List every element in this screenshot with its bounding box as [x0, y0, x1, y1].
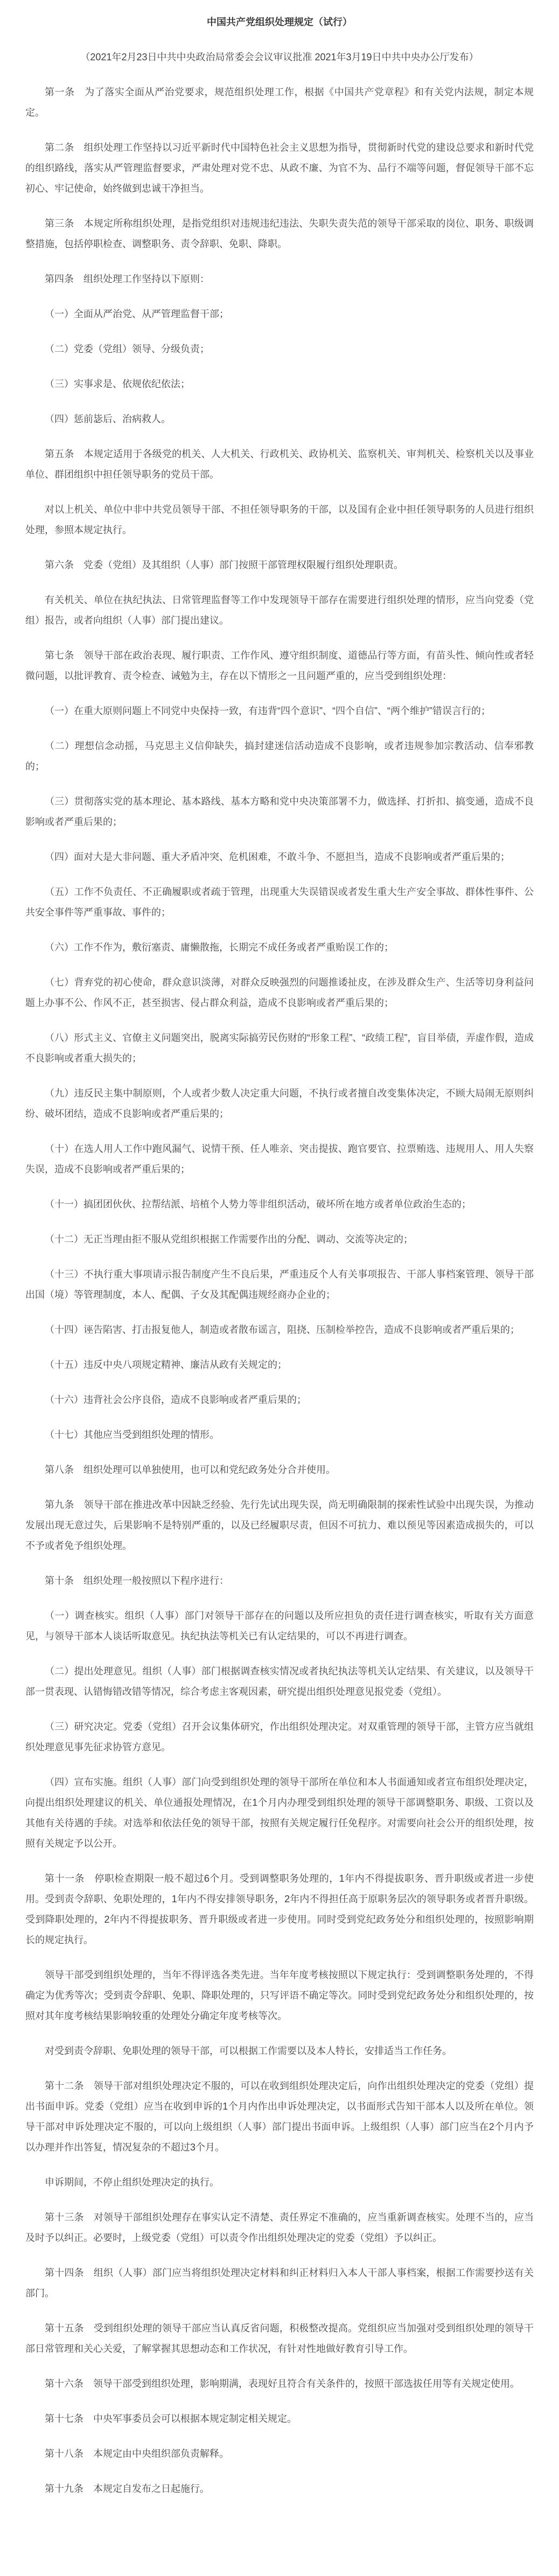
article-7-item-5: （五）工作不负责任、不正确履职或者疏于管理，出现重大失误错误或者发生重大生产安全…: [25, 882, 534, 923]
document-issuance: （2021年2月23日中共中央政治局常委会会议审议批准 2021年3月19日中共…: [25, 47, 534, 67]
article-1: 第一条 为了落实全面从严治党要求，规范组织处理工作，根据《中国共产党章程》和有关…: [25, 82, 534, 123]
article-4-item-3: （三）实事求是、依规依纪依法；: [25, 374, 534, 394]
article-18: 第十八条 本规定由中央组织部负责解释。: [25, 2444, 534, 2464]
article-5-paragraph-2: 对以上机关、单位中非中共党员领导干部、不担任领导职务的干部，以及国有企业中担任领…: [25, 499, 534, 540]
article-7-item-12: （十二）无正当理由拒不服从党组织根据工作需要作出的分配、调动、交流等决定的；: [25, 1229, 534, 1249]
article-4: 第四条 组织处理工作坚持以下原则：: [25, 269, 534, 289]
article-17: 第十七条 中央军事委员会可以根据本规定制定相关规定。: [25, 2409, 534, 2429]
article-7-item-4: （四）面对大是大非问题、重大矛盾冲突、危机困难，不敢斗争、不愿担当，造成不良影响…: [25, 847, 534, 867]
article-16: 第十六条 领导干部受到组织处理，影响期满，表现好且符合有关条件的，按照干部选拔任…: [25, 2373, 534, 2394]
article-7: 第七条 领导干部在政治表现、履行职责、工作作风、遵守组织制度、道德品行等方面，有…: [25, 645, 534, 686]
article-9: 第九条 领导干部在推进改革中因缺乏经验、先行先试出现失误，尚无明确限制的探索性试…: [25, 1495, 534, 1556]
article-8: 第八条 组织处理可以单独使用，也可以和党纪政务处分合并使用。: [25, 1460, 534, 1480]
article-6-paragraph-2: 有关机关、单位在执纪执法、日常管理监督等工作中发现领导干部存在需要进行组织处理的…: [25, 590, 534, 631]
article-7-item-3: （三）贯彻落实党的基本理论、基本路线、基本方略和党中央决策部署不力，做选择、打折…: [25, 791, 534, 832]
article-12-paragraph-2: 申诉期间，不停止组织处理决定的执行。: [25, 2172, 534, 2193]
article-14: 第十四条 组织（人事）部门应当将组织处理决定材料和纠正材料归入本人干部人事档案，…: [25, 2263, 534, 2303]
article-7-item-13: （十三）不执行重大事项请示报告制度产生不良后果，严重违反个人有关事项报告、干部人…: [25, 1264, 534, 1305]
article-7-item-11: （十一）搞团团伙伙、拉帮结派、培植个人势力等非组织活动，破坏所在地方或者单位政治…: [25, 1194, 534, 1214]
article-10-item-2: （二）提出处理意见。组织（人事）部门根据调查核实情况或者执纪执法等机关认定结果、…: [25, 1661, 534, 1702]
article-7-item-7: （七）背弃党的初心使命，群众意识淡薄，对群众反映强烈的问题推诿扯皮，在涉及群众生…: [25, 972, 534, 1013]
article-4-item-1: （一）全面从严治党、从严管理监督干部；: [25, 304, 534, 324]
article-6: 第六条 党委（党组）及其组织（人事）部门按照干部管理权限履行组织处理职责。: [25, 555, 534, 575]
article-12: 第十二条 领导干部对组织处理决定不服的，可以在收到组织处理决定后，向作出组织处理…: [25, 2076, 534, 2158]
article-7-item-6: （六）工作不作为，敷衍塞责、庸懒散拖，长期完不成任务或者严重贻误工作的；: [25, 937, 534, 958]
article-7-item-9: （九）违反民主集中制原则，个人或者少数人决定重大问题，不执行或者擅自改变集体决定…: [25, 1083, 534, 1124]
article-11: 第十一条 停职检查期限一般不超过6个月。受到调整职务处理的，1年内不得提拔职务、…: [25, 1868, 534, 1950]
article-5: 第五条 本规定适用于各级党的机关、人大机关、行政机关、政协机关、监察机关、审判机…: [25, 444, 534, 485]
article-7-item-17: （十七）其他应当受到组织处理的情形。: [25, 1425, 534, 1445]
article-3: 第三条 本规定所称组织处理，是指党组织对违规违纪违法、失职失责失范的领导干部采取…: [25, 213, 534, 254]
article-11-paragraph-2: 领导干部受到组织处理的，当年不得评选各类先进。当年年度考核按照以下规定执行：受到…: [25, 1965, 534, 2026]
article-13: 第十三条 对领导干部组织处理存在事实认定不清楚、责任界定不准确的，应当重新调查核…: [25, 2207, 534, 2248]
article-4-item-4: （四）惩前毖后、治病救人。: [25, 409, 534, 429]
article-7-item-2: （二）理想信念动摇，马克思主义信仰缺失，搞封建迷信活动造成不良影响，或者违规参加…: [25, 736, 534, 777]
article-7-item-1: （一）在重大原则问题上不同党中央保持一致，有违背“四个意识”、“四个自信”、“两…: [25, 701, 534, 721]
article-11-paragraph-3: 对受到责令辞职、免职处理的领导干部，可以根据工作需要以及本人特长，安排适当工作任…: [25, 2041, 534, 2061]
article-19: 第十九条 本规定自发布之日起施行。: [25, 2479, 534, 2499]
document-title: 中国共产党组织处理规定（试行）: [25, 12, 534, 32]
article-10-item-3: （三）研究决定。党委（党组）召开会议集体研究，作出组织处理决定。对双重管理的领导…: [25, 1716, 534, 1757]
article-7-item-10: （十）在选人用人工作中跑风漏气、说情干预、任人唯亲、突击提拔、跑官要官、拉票贿选…: [25, 1139, 534, 1179]
document-page: 中国共产党组织处理规定（试行） （2021年2月23日中共中央政治局常委会会议审…: [0, 0, 559, 2537]
article-4-item-2: （二）党委（党组）领导、分级负责；: [25, 339, 534, 359]
article-10-item-1: （一）调查核实。组织（人事）部门对领导干部存在的问题以及所应担负的责任进行调查核…: [25, 1605, 534, 1646]
article-10-item-4: （四）宣布实施。组织（人事）部门向受到组织处理的领导干部所在单位和本人书面通知或…: [25, 1772, 534, 1854]
article-7-item-14: （十四）诬告陷害、打击报复他人，制造或者散布谣言，阻挠、压制检举控告，造成不良影…: [25, 1320, 534, 1340]
article-15: 第十五条 受到组织处理的领导干部应当认真反省问题，积极整改提高。党组织应当加强对…: [25, 2318, 534, 2359]
article-7-item-8: （八）形式主义、官僚主义问题突出，脱离实际搞劳民伤财的“形象工程”、“政绩工程”…: [25, 1028, 534, 1069]
article-7-item-16: （十六）违背社会公序良俗，造成不良影响或者严重后果的；: [25, 1390, 534, 1410]
article-2: 第二条 组织处理工作坚持以习近平新时代中国特色社会主义思想为指导，贯彻新时代党的…: [25, 137, 534, 199]
article-10: 第十条 组织处理一般按照以下程序进行：: [25, 1570, 534, 1591]
article-7-item-15: （十五）违反中央八项规定精神、廉洁从政有关规定的；: [25, 1355, 534, 1375]
